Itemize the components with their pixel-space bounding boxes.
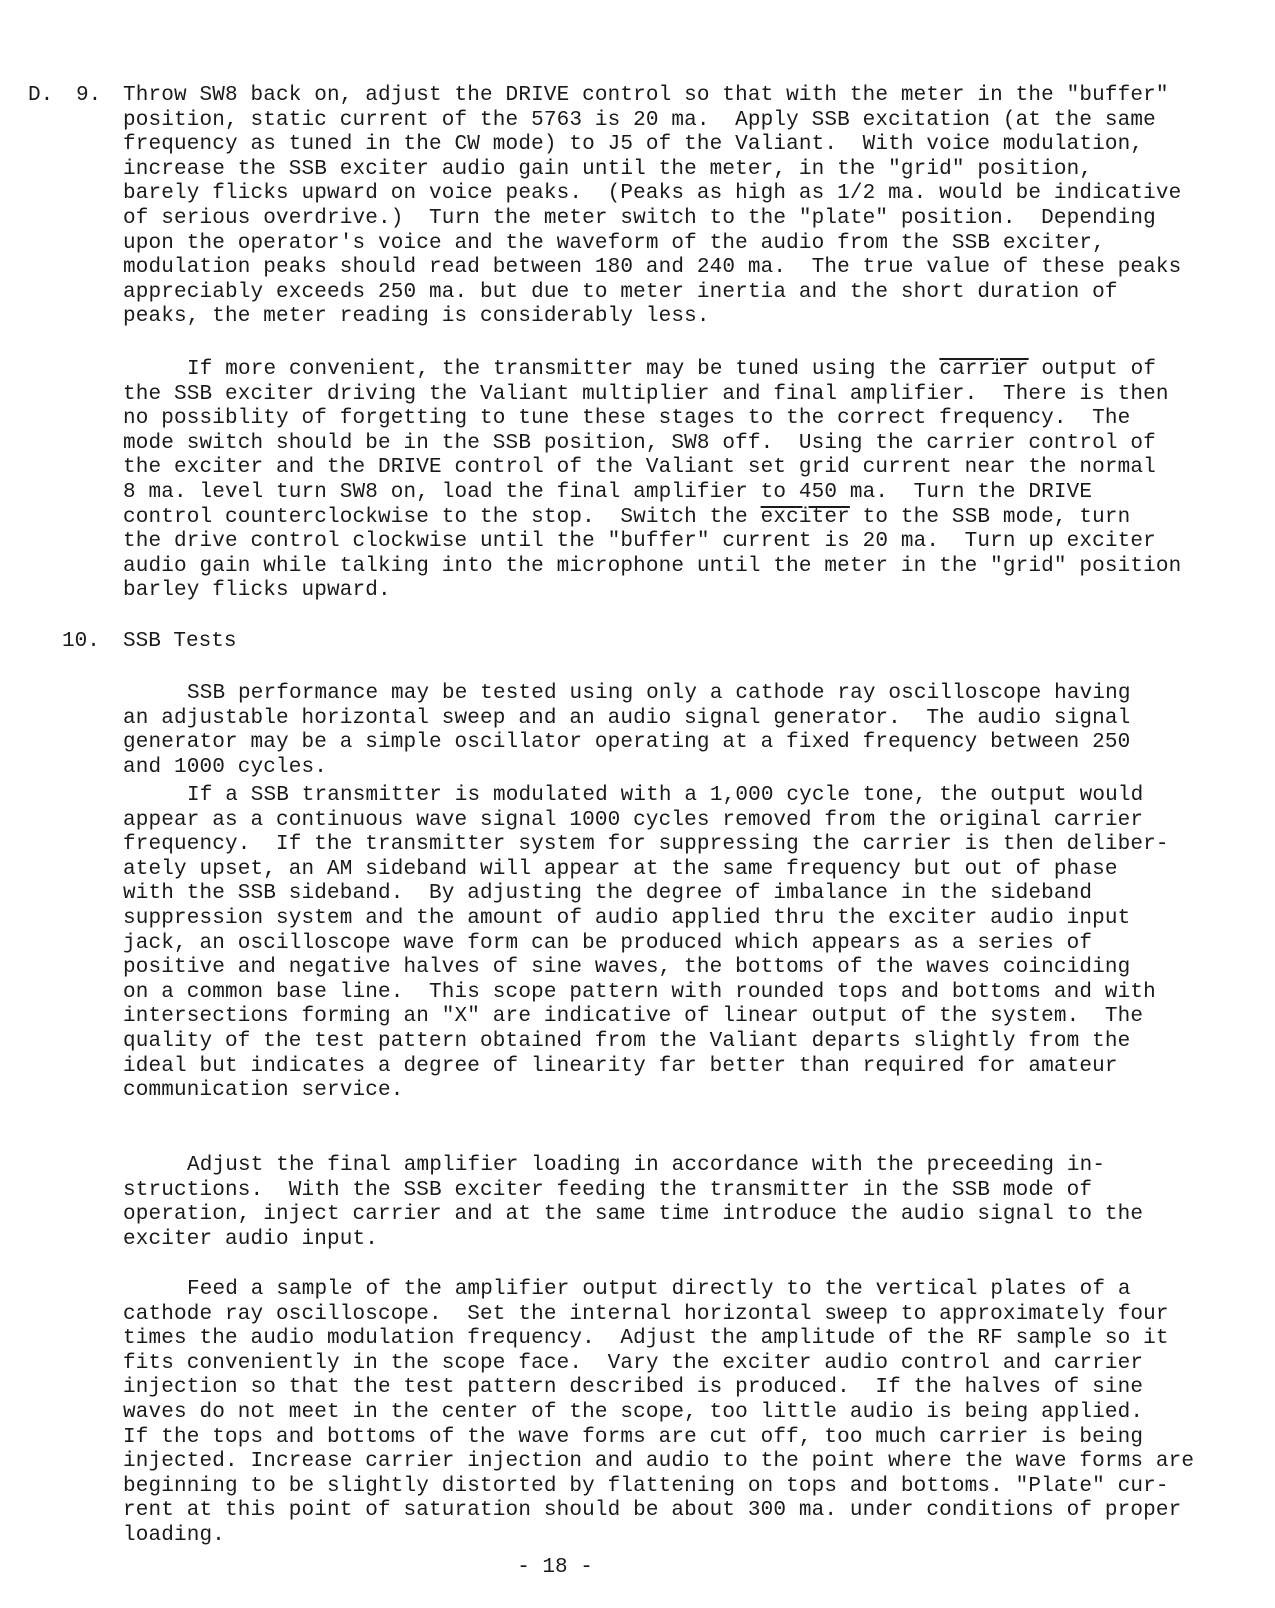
text-line: peaks, the meter reading is considerably… xyxy=(123,305,710,329)
text-line: mode switch should be in the SSB positio… xyxy=(123,432,1156,456)
text-line: appear as a continuous wave signal 1000 … xyxy=(123,809,1143,833)
text-line: Adjust the final amplifier loading in ac… xyxy=(187,1154,1105,1178)
text-line: no possiblity of forgetting to tune thes… xyxy=(123,407,1130,431)
text-line: exciter audio input. xyxy=(123,1228,378,1252)
text-line: the drive control clockwise until the "b… xyxy=(123,530,1156,554)
section-heading: SSB Tests xyxy=(123,630,236,654)
text-line: jack, an oscilloscope wave form can be p… xyxy=(123,932,1092,956)
text-line: rent at this point of saturation should … xyxy=(123,1499,1181,1523)
text-line: ately upset, an AM sideband will appear … xyxy=(123,858,1118,882)
text-line: upon the operator's voice and the wavefo… xyxy=(123,232,1105,256)
underlined-word: exciter xyxy=(761,506,850,529)
document-page: D. 9. 10. SSB Tests Throw SW8 back on, a… xyxy=(0,0,1275,1608)
text-line: communication service. xyxy=(123,1079,404,1103)
text-line: frequency. If the transmitter system for… xyxy=(123,833,1169,857)
text-line: barely flicks upward on voice peaks. (Pe… xyxy=(123,182,1181,206)
text-line: frequency as tuned in the CW mode) to J5… xyxy=(123,133,1143,157)
item-number-9: 9. xyxy=(76,84,101,108)
text-line: with the SSB sideband. By adjusting the … xyxy=(123,882,1092,906)
text-line: waves do not meet in the center of the s… xyxy=(123,1401,1143,1425)
text-line: position, static current of the 5763 is … xyxy=(123,109,1156,133)
text-line: If the tops and bottoms of the wave form… xyxy=(123,1426,1143,1450)
text-line: intersections forming an "X" are indicat… xyxy=(123,1005,1143,1029)
text-line: cathode ray oscilloscope. Set the intern… xyxy=(123,1303,1169,1327)
section-letter: D. xyxy=(28,84,53,108)
text-line: loading. xyxy=(123,1524,225,1548)
text-line: injection so that the test pattern descr… xyxy=(123,1376,1143,1400)
text-line: barley flicks upward. xyxy=(123,579,391,603)
text-line: Throw SW8 back on, adjust the DRIVE cont… xyxy=(123,84,1169,108)
text-line: the SSB exciter driving the Valiant mult… xyxy=(123,383,1169,407)
text-line: If more convenient, the transmitter may … xyxy=(187,358,1156,382)
text-line: control counterclockwise to the stop. Sw… xyxy=(123,506,1130,530)
text-line: times the audio modulation frequency. Ad… xyxy=(123,1327,1169,1351)
text-line: ideal but indicates a degree of linearit… xyxy=(123,1055,1118,1079)
text-line: SSB performance may be tested using only… xyxy=(187,682,1131,706)
text-line: structions. With the SSB exciter feeding… xyxy=(123,1179,1092,1203)
text-line: modulation peaks should read between 180… xyxy=(123,256,1181,280)
item-number-10: 10. xyxy=(62,630,100,654)
text-line: Feed a sample of the amplifier output di… xyxy=(187,1278,1131,1302)
text-line: on a common base line. This scope patter… xyxy=(123,981,1156,1005)
text-line: 8 ma. level turn SW8 on, load the final … xyxy=(123,481,1092,505)
text-line: suppression system and the amount of aud… xyxy=(123,907,1130,931)
text-line: audio gain while talking into the microp… xyxy=(123,555,1181,579)
page-number: - 18 - xyxy=(0,1556,1110,1580)
text-line: fits conveniently in the scope face. Var… xyxy=(123,1352,1143,1376)
text-line: positive and negative halves of sine wav… xyxy=(123,956,1130,980)
text-line: the exciter and the DRIVE control of the… xyxy=(123,456,1156,480)
text-line: beginning to be slightly distorted by fl… xyxy=(123,1475,1169,1499)
text-line: injected. Increase carrier injection and… xyxy=(123,1450,1194,1474)
text-line: of serious overdrive.) Turn the meter sw… xyxy=(123,207,1156,231)
text-line: appreciably exceeds 250 ma. but due to m… xyxy=(123,281,1118,305)
text-line: generator may be a simple oscillator ope… xyxy=(123,731,1130,755)
text-line: operation, inject carrier and at the sam… xyxy=(123,1203,1143,1227)
text-line: increase the SSB exciter audio gain unti… xyxy=(123,158,1092,182)
underlined-word: carrier xyxy=(939,358,1028,381)
text-line: and 1000 cycles. xyxy=(123,756,327,780)
text-line: quality of the test pattern obtained fro… xyxy=(123,1030,1130,1054)
text-line: an adjustable horizontal sweep and an au… xyxy=(123,707,1130,731)
text-line: If a SSB transmitter is modulated with a… xyxy=(187,784,1143,808)
